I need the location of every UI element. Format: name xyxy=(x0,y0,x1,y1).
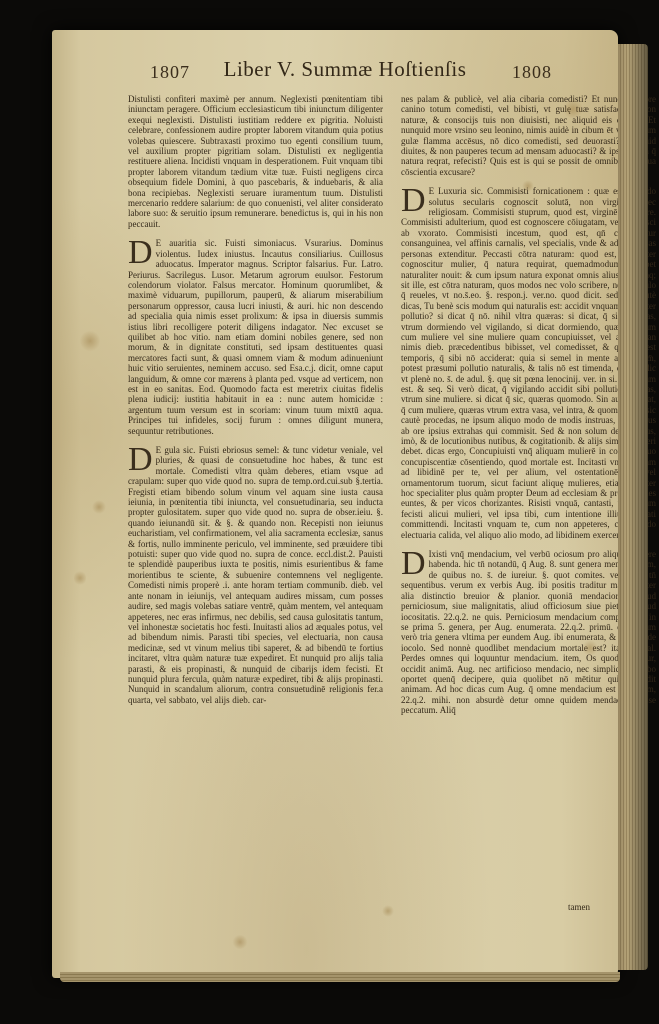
page-number-right: 1808 xyxy=(512,62,552,83)
paper-stain xyxy=(92,500,106,514)
running-title: Liber V. Summæ Hoſtienſis xyxy=(112,57,578,82)
paper-stain xyxy=(74,570,86,586)
paragraph: Distulisti confiteri maximè per annum. N… xyxy=(128,94,383,229)
drop-cap: D xyxy=(128,445,156,473)
page-stack-fore-edge xyxy=(618,44,648,970)
paragraph: DE auaritia sic. Fuisti simoniacus. Vsur… xyxy=(128,238,383,436)
drop-cap: D xyxy=(128,238,156,266)
paragraph-text: E gula sic. Fuisti ebriosus semel: & tun… xyxy=(128,445,383,705)
drop-cap: D xyxy=(401,186,429,214)
paper-stain xyxy=(80,330,100,352)
paper-stain xyxy=(382,905,394,917)
book-page: 1807 Liber V. Summæ Hoſtienſis 1808 Dist… xyxy=(52,30,618,978)
paragraph-text: E auaritia sic. Fuisti simoniacus. Vsura… xyxy=(128,238,383,435)
text-block: Distulisti confiteri maximè per annum. N… xyxy=(128,94,656,896)
text-column-left: Distulisti confiteri maximè per annum. N… xyxy=(128,94,383,896)
catchword: tamen xyxy=(568,902,590,912)
page-stack-bottom-edge xyxy=(60,972,620,982)
paper-stain xyxy=(232,935,248,949)
paragraph: DE gula sic. Fuisti ebriosus semel: & tu… xyxy=(128,445,383,705)
paragraph-text: Distulisti confiteri maximè per annum. N… xyxy=(128,94,383,229)
drop-cap: D xyxy=(401,549,429,577)
book-photo: { "colors": { "background": "#0b0a08", "… xyxy=(0,0,659,1024)
